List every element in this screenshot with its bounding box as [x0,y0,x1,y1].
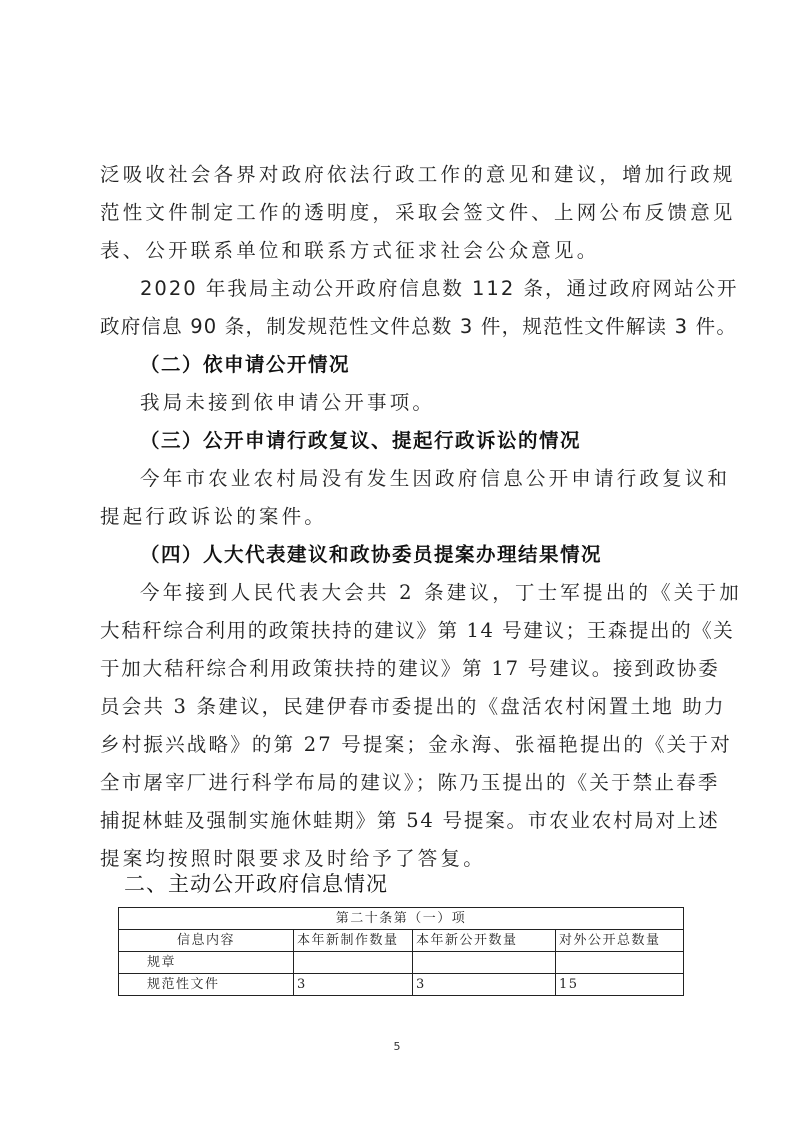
section-heading: （二）依申请公开情况 [140,352,700,378]
section-heading: （四）人大代表建议和政协委员提案办理结果情况 [140,542,700,568]
paragraph-line: 泛吸收社会各界对政府依法行政工作的意见和建议，增加行政规 [100,162,700,188]
paragraph-line: 员会共 3 条建议，民建伊春市委提出的《盘活农村闲置土地 助力 [100,694,700,720]
table-cell [413,952,556,974]
column-header: 信息内容 [119,930,294,952]
table-cell: 3 [413,974,556,996]
document-page: 泛吸收社会各界对政府依法行政工作的意见和建议，增加行政规 范性文件制定工作的透明… [0,0,793,1122]
paragraph-line: 捕捉林蛙及强制实施休蛙期》第 54 号提案。市农业农村局对上述 [100,808,700,834]
info-disclosure-table: 第二十条第（一）项 信息内容 本年新制作数量 本年新公开数量 对外公开总数量 规… [118,907,684,996]
table-cell [556,952,684,974]
paragraph-line: 我局未接到依申请公开事项。 [140,390,700,416]
table-header-row: 信息内容 本年新制作数量 本年新公开数量 对外公开总数量 [119,930,684,952]
table-caption: 第二十条第（一）项 [119,908,684,930]
paragraph-line: 全市屠宰厂进行科学布局的建议》；陈乃玉提出的《关于禁止春季 [100,770,700,796]
table-cell: 规章 [119,952,294,974]
column-header: 本年新制作数量 [294,930,413,952]
section-heading: （三）公开申请行政复议、提起行政诉讼的情况 [140,428,700,454]
table-cell [294,952,413,974]
table-caption-row: 第二十条第（一）项 [119,908,684,930]
column-header: 对外公开总数量 [556,930,684,952]
paragraph-line: 表、公开联系单位和联系方式征求社会公众意见。 [100,238,700,264]
paragraph-line: 大秸秆综合利用的政策扶持的建议》第 14 号建议；王森提出的《关 [100,618,700,644]
table-cell: 15 [556,974,684,996]
table-cell: 规范性文件 [119,974,294,996]
paragraph-line: 今年市农业农村局没有发生因政府信息公开申请行政复议和 [140,466,700,492]
section-title: 二、主动公开政府信息情况 [124,870,388,898]
paragraph-line: 范性文件制定工作的透明度，采取会签文件、上网公布反馈意见 [100,200,700,226]
paragraph-line: 2020 年我局主动公开政府信息数 112 条，通过政府网站公开 [140,276,700,302]
paragraph-line: 今年接到人民代表大会共 2 条建议，丁士军提出的《关于加 [140,580,700,606]
table-row: 规章 [119,952,684,974]
column-header: 本年新公开数量 [413,930,556,952]
paragraph-line: 政府信息 90 条，制发规范性文件总数 3 件，规范性文件解读 3 件。 [100,314,700,340]
paragraph-line: 乡村振兴战略》的第 27 号提案；金永海、张福艳提出的《关于对 [100,732,700,758]
paragraph-line: 提案均按照时限要求及时给予了答复。 [100,846,700,872]
page-number: 5 [390,1040,404,1053]
paragraph-line: 于加大秸秆综合利用政策扶持的建议》第 17 号建议。接到政协委 [100,656,700,682]
table-row: 规范性文件 3 3 15 [119,974,684,996]
table-cell: 3 [294,974,413,996]
paragraph-line: 提起行政诉讼的案件。 [100,504,700,530]
